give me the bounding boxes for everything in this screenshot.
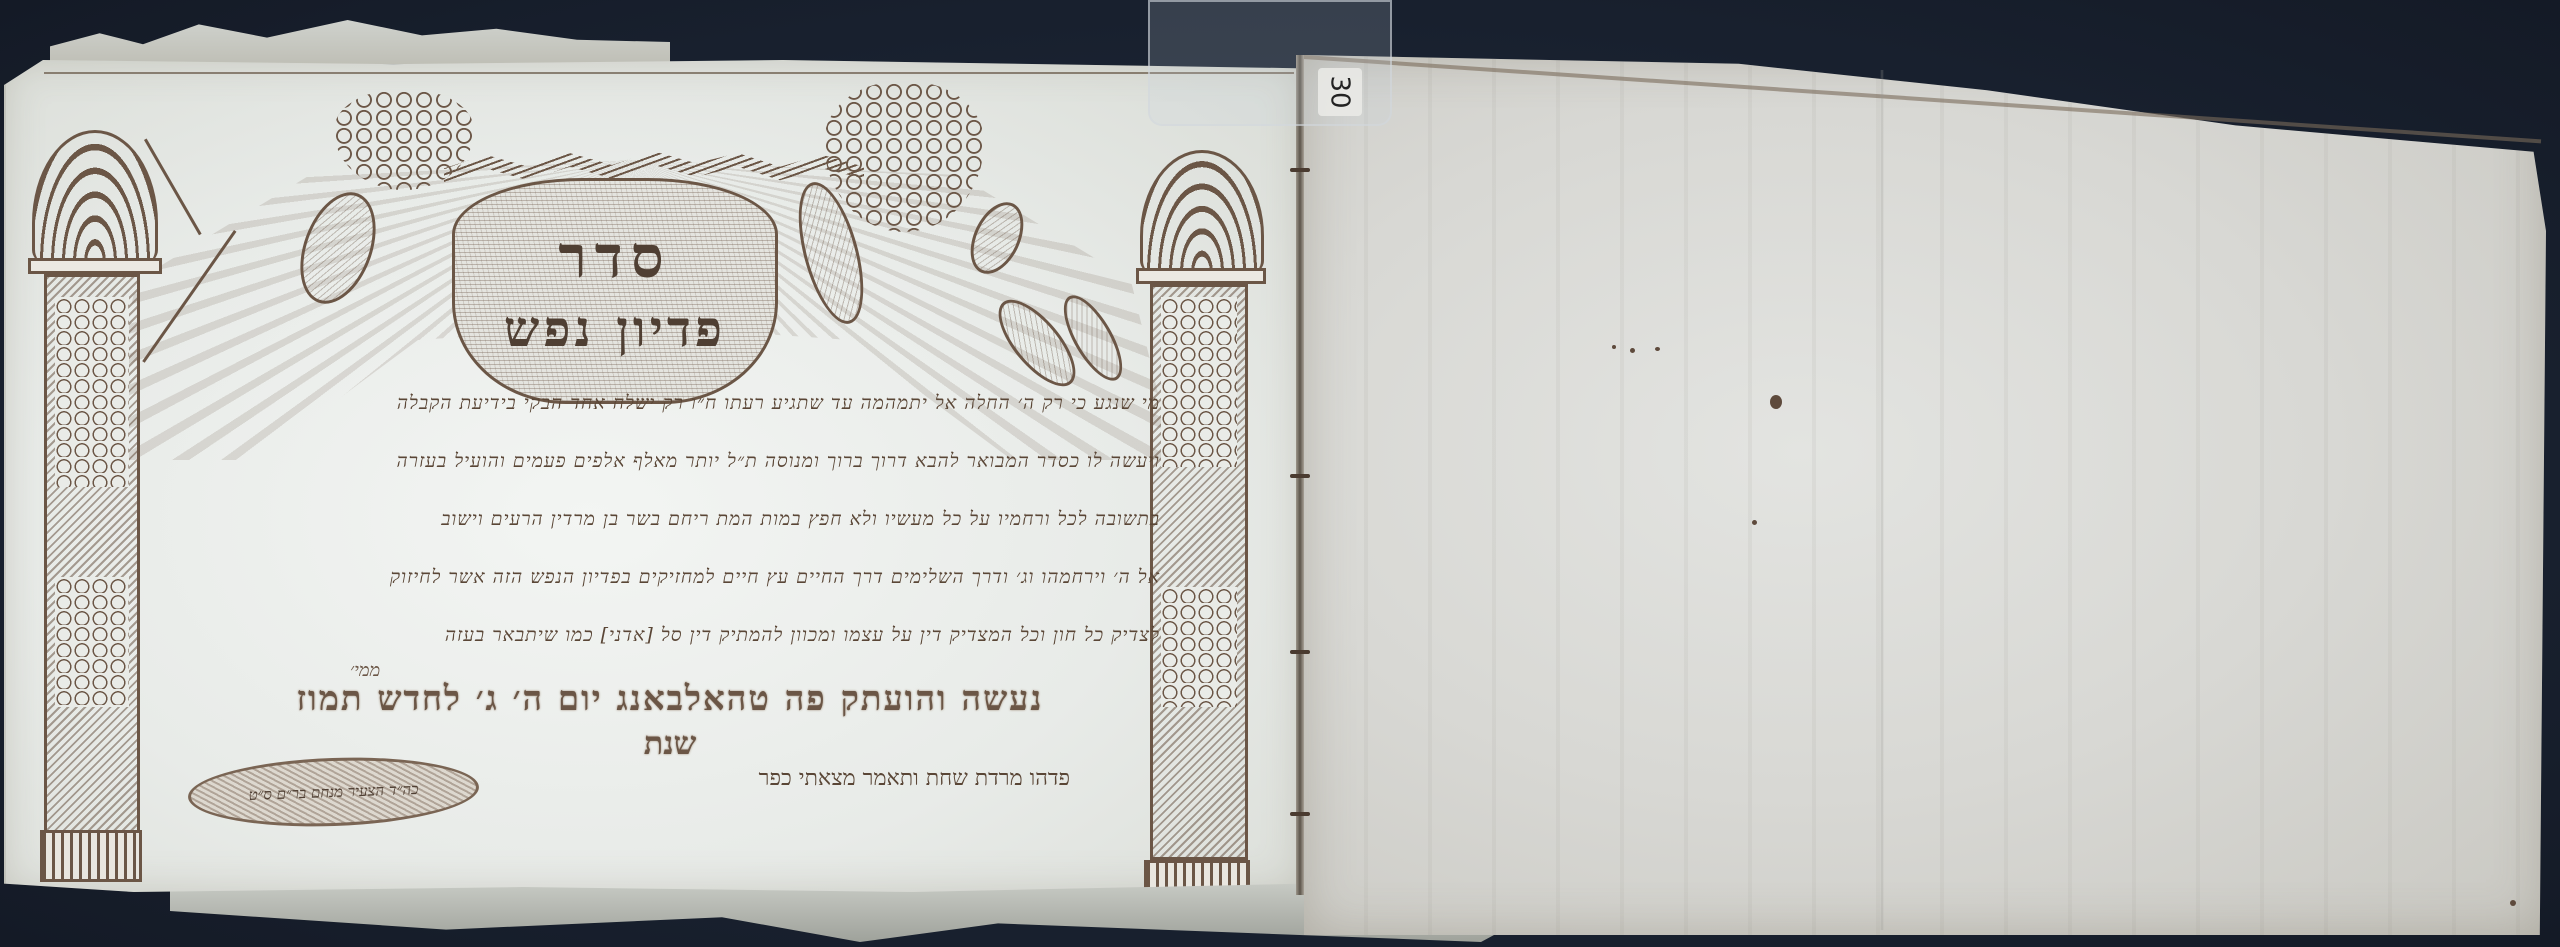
- binding-stitch-icon: [1290, 474, 1310, 478]
- ink-speck: [1770, 395, 1782, 409]
- colophon-mark: ממי׳: [350, 660, 380, 681]
- binding-stitch-icon: [1290, 650, 1310, 654]
- folio-number: 30: [1325, 75, 1355, 108]
- grape-pattern-icon: [1161, 587, 1237, 707]
- title-pidyon-nefesh: פדיון נפש: [504, 304, 726, 354]
- right-page-blank: [1304, 55, 2546, 935]
- manuscript-viewer: סדר פדיון נפש מי שנגע כי רק ה׳ החלה אל י…: [0, 0, 2560, 947]
- top-ruling-line: [44, 72, 1294, 74]
- left-column-capital-icon: [32, 130, 158, 263]
- verse-line: פדהו מרדת שחת ותאמר מצאתי כפר: [470, 765, 1070, 791]
- signature-text: כה״ד הצעיר מנחם בר״ם ס״ט: [248, 780, 419, 805]
- title-seder: סדר: [558, 228, 671, 286]
- binding-stitch-icon: [1290, 168, 1310, 172]
- left-column-shaft: [44, 274, 140, 840]
- colophon-line: נעשה והועתק פה טהאלבאנג יום ה׳ ג׳ לחדש ת…: [220, 674, 1120, 724]
- ink-speck: [1752, 520, 1757, 525]
- binding-stitch-icon: [1290, 812, 1310, 816]
- body-line: מי שנגע כי רק ה׳ החלה אל יתמהמה עד שתגיע…: [140, 385, 1160, 443]
- left-column-abacus: [28, 258, 162, 274]
- body-text: מי שנגע כי רק ה׳ החלה אל יתמהמה עד שתגיע…: [140, 385, 1160, 675]
- title-cartouche: סדר פדיון נפש: [452, 178, 778, 404]
- left-column-base: [40, 830, 142, 882]
- ink-speck: [1655, 347, 1660, 351]
- ink-speck: [2510, 900, 2516, 906]
- right-column-abacus: [1136, 268, 1266, 284]
- ink-speck: [1612, 345, 1616, 349]
- right-page-fold-line: [1880, 70, 1884, 930]
- body-line: בתשובה לכל ורחמיו על כל מעשיו ולא חפץ במ…: [140, 501, 1160, 559]
- folio-label: 30: [1318, 68, 1362, 116]
- colophon-year: שנת: [220, 724, 1120, 762]
- body-line: ויעשה לו כסדר המבואר להבא דרוך ברוך ומנו…: [140, 443, 1160, 501]
- right-column-capital-icon: [1140, 150, 1264, 273]
- ink-speck: [1630, 348, 1635, 353]
- grape-pattern-icon: [55, 297, 129, 487]
- body-line: אל ה׳ וירחמהו וג׳ ודרך השלימים דרך החיים…: [140, 559, 1160, 617]
- grape-pattern-icon: [55, 577, 129, 707]
- right-column-shaft: [1150, 284, 1248, 860]
- colophon: ממי׳ נעשה והועתק פה טהאלבאנג יום ה׳ ג׳ ל…: [220, 660, 1120, 762]
- torn-top-edge: [50, 20, 670, 64]
- grape-pattern-icon: [1161, 297, 1237, 467]
